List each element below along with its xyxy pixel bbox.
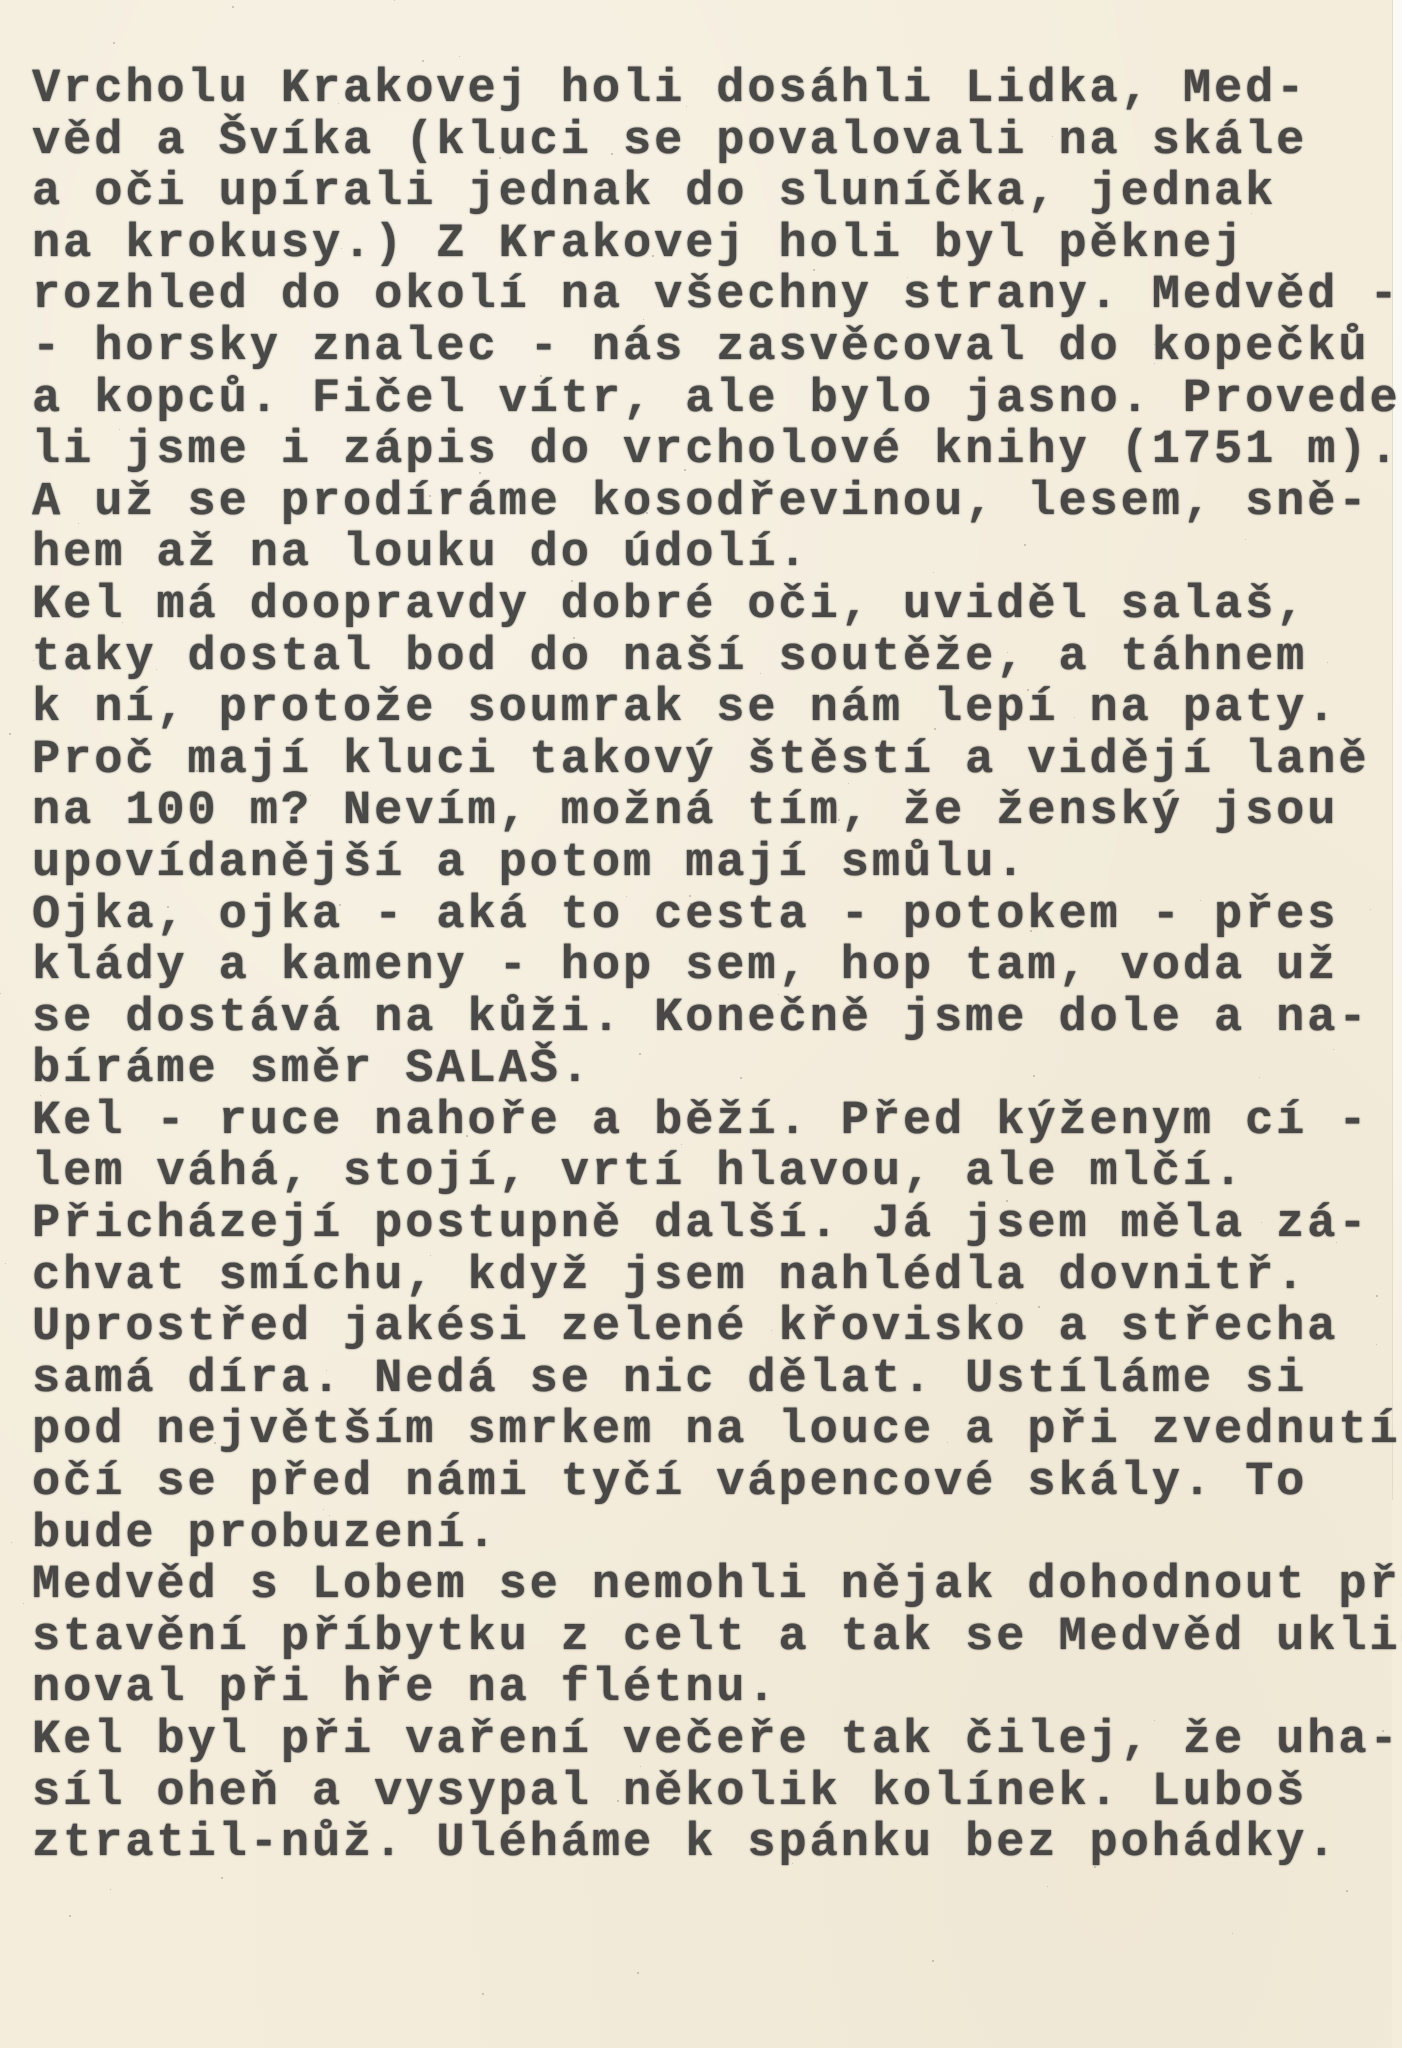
text-line: hem až na louku do údolí.	[32, 528, 1402, 580]
paper-speck	[429, 495, 431, 497]
paper-speck	[1030, 930, 1032, 932]
paper-speck	[573, 637, 575, 639]
text-line: - horsky znalec - nás zasvěcoval do kope…	[32, 322, 1402, 374]
paper-speck	[640, 1766, 641, 1767]
paper-speck	[23, 1603, 24, 1604]
text-line: a oči upírali jednak do sluníčka, jednak	[32, 167, 1402, 219]
paper-speck	[611, 153, 613, 155]
paper-speck	[1006, 1200, 1008, 1202]
paper-speck	[1251, 213, 1252, 214]
paper-speck	[579, 1824, 581, 1826]
paper-speck	[482, 1993, 484, 1995]
paper-speck	[40, 1095, 41, 1096]
paper-speck	[189, 335, 190, 336]
text-line: a kopců. Fičel vítr, ale bylo jasno. Pro…	[32, 374, 1402, 426]
text-line: na krokusy.) Z Krakovej holi byl pěknej	[32, 219, 1402, 271]
paper-speck	[113, 42, 115, 44]
paper-speck	[917, 1773, 918, 1774]
paper-speck	[613, 182, 615, 184]
paper-speck	[867, 176, 868, 177]
paper-speck	[853, 1102, 854, 1103]
paper-speck	[684, 469, 686, 471]
paper-speck	[299, 802, 301, 804]
paper-speck	[690, 855, 691, 856]
paper-speck	[5, 1263, 6, 1264]
paper-speck	[167, 1833, 169, 1835]
paper-speck	[1318, 1215, 1319, 1216]
paper-speck	[813, 269, 815, 271]
paper-speck	[1007, 652, 1008, 653]
paper-speck	[996, 1303, 997, 1304]
text-line: noval při hře na flétnu.	[32, 1663, 1402, 1715]
text-line: bíráme směr SALAŠ.	[32, 1044, 1402, 1096]
paper-speck	[1259, 1077, 1260, 1078]
paper-speck	[637, 1972, 639, 1974]
paper-speck	[71, 752, 72, 753]
text-line: k ní, protože soumrak se nám lepí na pat…	[32, 683, 1402, 735]
paper-speck	[232, 6, 234, 8]
paper-speck	[33, 660, 34, 661]
paper-speck	[876, 756, 877, 757]
paper-speck	[355, 1255, 356, 1256]
paper-speck	[422, 60, 424, 62]
paper-speck	[690, 903, 692, 905]
paper-speck	[610, 769, 612, 771]
paper-speck	[109, 1792, 111, 1794]
paper-speck	[1376, 1295, 1378, 1297]
paper-speck	[196, 770, 198, 772]
paper-speck	[791, 439, 793, 441]
typewritten-text: Vrcholu Krakovej holi dosáhli Lidka, Med…	[32, 64, 1402, 1870]
paper-speck	[1261, 1222, 1262, 1223]
text-line: klády a kameny - hop sem, hop tam, voda …	[32, 941, 1402, 993]
paper-speck	[323, 1509, 324, 1510]
paper-speck	[1382, 1730, 1384, 1732]
text-line: Vrcholu Krakovej holi dosáhli Lidka, Med…	[32, 64, 1402, 116]
paper-speck	[1084, 1413, 1085, 1414]
paper-speck	[326, 1370, 327, 1371]
paper-speck	[110, 1889, 111, 1890]
paper-speck	[1314, 1637, 1315, 1638]
paper-speck	[634, 1779, 636, 1781]
text-line: Medvěd s Lobem se nemohli nějak dohodnou…	[32, 1560, 1402, 1612]
paper-speck	[122, 622, 123, 623]
paper-speck	[11, 1542, 12, 1543]
paper-speck	[778, 994, 779, 995]
text-line: síl oheň a vysypal několik kolínek. Lubo…	[32, 1767, 1402, 1819]
paper-speck	[118, 332, 119, 333]
text-line: Proč mají kluci takový štěstí a vidějí l…	[32, 735, 1402, 787]
paper-speck	[499, 157, 501, 159]
paper-speck	[686, 106, 687, 107]
paper-speck	[1027, 689, 1029, 691]
paper-speck	[933, 572, 934, 573]
paper-speck	[733, 642, 734, 643]
text-line: Kel má doopravdy dobré oči, uviděl salaš…	[32, 580, 1402, 632]
text-line: Ojka, ojka - aká to cesta - potokem - př…	[32, 890, 1402, 942]
paper-speck	[947, 1442, 948, 1443]
paper-speck	[838, 819, 840, 821]
paper-speck	[848, 783, 849, 784]
paper-speck	[571, 580, 573, 582]
paper-speck	[1154, 344, 1155, 345]
paper-speck	[1033, 1075, 1035, 1077]
paper-speck	[974, 1562, 975, 1563]
paper-speck	[913, 156, 914, 157]
paper-speck	[1333, 1049, 1334, 1050]
paper-speck	[540, 375, 542, 377]
paper-speck	[646, 512, 648, 514]
paper-speck	[760, 673, 761, 674]
paper-speck	[577, 1015, 579, 1017]
paper-speck	[740, 1077, 742, 1079]
paper-speck	[1043, 1596, 1045, 1598]
paper-speck	[1346, 1890, 1348, 1892]
text-line: bude probuzení.	[32, 1509, 1402, 1561]
text-line: A už se prodíráme kosodřevinou, lesem, s…	[32, 477, 1402, 529]
paper-speck	[394, 0, 395, 1]
paper-speck	[9, 733, 11, 735]
paper-speck	[0, 993, 1, 994]
paper-speck	[693, 1849, 695, 1851]
text-line: chvat smíchu, když jsem nahlédla dovnitř…	[32, 1251, 1402, 1303]
paper-speck	[1228, 960, 1229, 961]
paper-speck	[1376, 1344, 1377, 1345]
text-line: Kel - ruce nahoře a běží. Před kýženym c…	[32, 1096, 1402, 1148]
paper-speck	[479, 472, 481, 474]
paper-speck	[1038, 1306, 1040, 1308]
paper-speck	[466, 1135, 468, 1137]
paper-speck	[329, 1515, 330, 1516]
text-line: ztratil-nůž. Uléháme k spánku bez pohádk…	[32, 1818, 1402, 1870]
paper-speck	[1024, 544, 1026, 546]
text-line: taky dostal bod do naší soutěže, a táhne…	[32, 632, 1402, 684]
text-line: Uprostřed jakési zelené křovisko a střec…	[32, 1302, 1402, 1354]
text-line: se dostává na kůži. Konečně jsme dole a …	[32, 993, 1402, 1045]
paper-speck	[119, 429, 120, 430]
paper-speck	[1200, 900, 1201, 901]
paper-speck	[115, 139, 116, 140]
paper-speck	[626, 183, 627, 184]
text-line: Přicházejí postupně další. Já jsem měla …	[32, 1199, 1402, 1251]
paper-speck	[1154, 363, 1155, 364]
paper-speck	[459, 56, 460, 57]
paper-speck	[1245, 539, 1246, 540]
paper-speck	[652, 255, 654, 257]
paper-speck	[214, 1442, 216, 1444]
paper-speck	[172, 796, 174, 798]
text-line: li jsme i zápis do vrcholové knihy (1751…	[32, 425, 1402, 477]
paper-speck	[626, 896, 627, 897]
paper-speck	[678, 130, 679, 131]
paper-speck	[681, 1144, 682, 1145]
paper-speck	[430, 1255, 431, 1256]
paper-speck	[573, 1389, 575, 1391]
paper-speck	[262, 855, 264, 857]
text-line: Kel byl při vaření večeře tak čilej, že …	[32, 1715, 1402, 1767]
paper-speck	[383, 719, 384, 720]
paper-speck	[689, 895, 691, 897]
paper-speck	[1052, 136, 1053, 137]
text-line: samá díra. Nedá se nic dělat. Ustíláme s…	[32, 1354, 1402, 1406]
paper-speck	[151, 975, 152, 976]
paper-speck	[643, 319, 644, 320]
paper-speck	[1336, 1242, 1337, 1243]
paper-speck	[320, 603, 322, 605]
paper-speck	[918, 1002, 919, 1003]
text-line: na 100 m? Nevím, možná tím, že ženský js…	[32, 786, 1402, 838]
paper-speck	[221, 1877, 223, 1879]
paper-speck	[310, 795, 311, 796]
text-line: rozhled do okolí na všechny strany. Medv…	[32, 270, 1402, 322]
paper-speck	[156, 669, 157, 670]
paper-speck	[167, 906, 169, 908]
paper-speck	[78, 523, 79, 524]
paper-speck	[907, 277, 908, 278]
paper-speck	[69, 1915, 71, 1917]
paper-speck	[1232, 1933, 1233, 1934]
text-line: stavění příbytku z celt a tak se Medvěd …	[32, 1612, 1402, 1664]
paper-speck	[124, 719, 125, 720]
text-line: lem váhá, stojí, vrtí hlavou, ale mlčí.	[32, 1147, 1402, 1199]
paper-speck	[1327, 662, 1328, 663]
paper-speck	[617, 1800, 619, 1802]
paper-speck	[792, 1863, 793, 1864]
paper-speck	[1012, 210, 1013, 211]
paper-speck	[1234, 702, 1235, 703]
paper-speck	[932, 1960, 934, 1962]
paper-speck	[1154, 1720, 1155, 1721]
text-line: pod největším smrkem na louce a při zved…	[32, 1405, 1402, 1457]
paper-speck	[639, 1053, 641, 1055]
paper-speck	[176, 1486, 178, 1488]
paper-speck	[940, 343, 941, 344]
text-line: upovídanější a potom mají smůlu.	[32, 838, 1402, 890]
paper-speck	[375, 1563, 377, 1565]
paper-speck	[934, 728, 936, 730]
paper-speck	[199, 300, 200, 301]
paper-speck	[1094, 1866, 1096, 1868]
paper-speck	[338, 103, 339, 104]
paper-speck	[771, 1330, 772, 1331]
paper-speck	[1047, 1886, 1048, 1887]
paper-speck	[1074, 717, 1075, 718]
text-line: věd a Švíka (kluci se povalovali na skál…	[32, 116, 1402, 168]
paper-speck	[1370, 909, 1371, 910]
paper-speck	[1098, 1443, 1099, 1444]
paper-speck	[348, 820, 350, 822]
text-line: očí se před námi tyčí vápencové skály. T…	[32, 1457, 1402, 1509]
paper-speck	[339, 904, 341, 906]
paper-speck	[341, 248, 342, 249]
